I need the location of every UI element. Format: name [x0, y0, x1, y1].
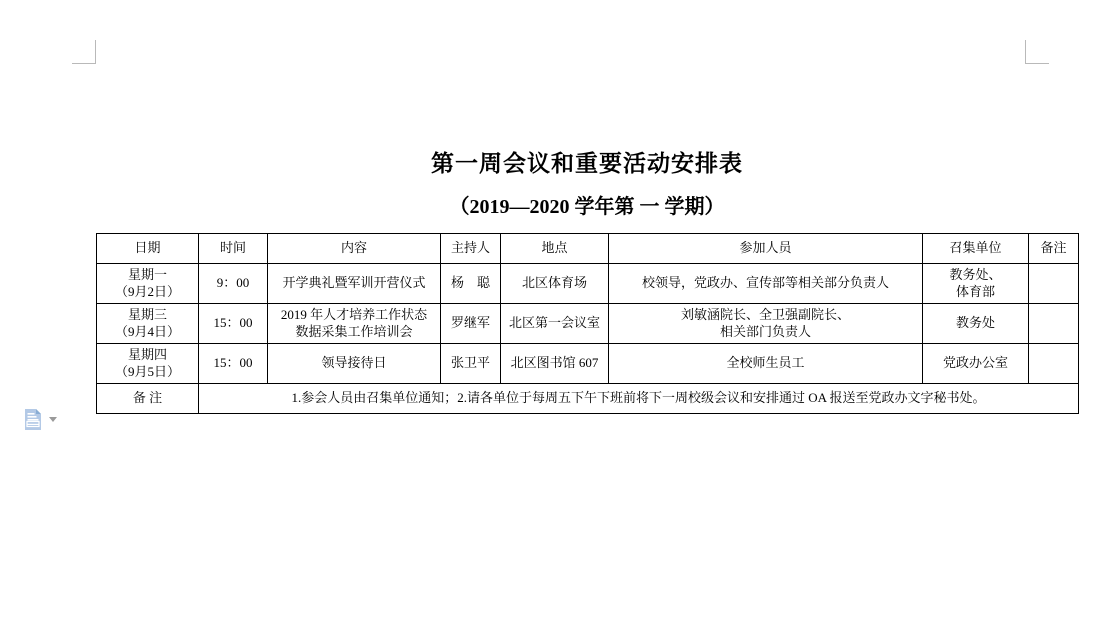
header-content: 内容 [268, 234, 441, 264]
header-organizer: 召集单位 [923, 234, 1029, 264]
cell-time: 15：00 [199, 344, 268, 384]
table-row: 星期三 （9月4日） 15：00 2019 年人才培养工作状态 数据采集工作培训… [97, 304, 1079, 344]
cell-location: 北区体育场 [501, 264, 609, 304]
cell-host: 罗继军 [441, 304, 501, 344]
word-document-page: { "page": { "title": "第一周会议和重要活动安排表", "s… [0, 0, 1119, 632]
header-participants: 参加人员 [609, 234, 923, 264]
paste-options-button[interactable] [24, 408, 60, 434]
page-subtitle: （2019—2020 学年第 一 学期） [96, 194, 1078, 220]
header-date: 日期 [97, 234, 199, 264]
cell-time: 9：00 [199, 264, 268, 304]
document-content: 第一周会议和重要活动安排表 （2019—2020 学年第 一 学期） 日期 时间… [96, 0, 1078, 414]
cell-time: 15：00 [199, 304, 268, 344]
header-remark: 备注 [1029, 234, 1079, 264]
cell-organizer: 教务处 [923, 304, 1029, 344]
table-header-row: 日期 时间 内容 主持人 地点 参加人员 召集单位 备注 [97, 234, 1079, 264]
cell-location: 北区第一会议室 [501, 304, 609, 344]
cell-participants: 校领导，党政办、宣传部等相关部分负责人 [609, 264, 923, 304]
cell-host: 张卫平 [441, 344, 501, 384]
cell-organizer: 教务处、 体育部 [923, 264, 1029, 304]
cell-date: 星期四 （9月5日） [97, 344, 199, 384]
header-time: 时间 [199, 234, 268, 264]
document-icon [24, 408, 43, 436]
cell-content: 领导接待日 [268, 344, 441, 384]
table-row: 星期一 （9月2日） 9：00 开学典礼暨军训开营仪式 杨 聪 北区体育场 校领… [97, 264, 1079, 304]
footer-label: 备 注 [97, 384, 199, 414]
cell-date: 星期一 （9月2日） [97, 264, 199, 304]
cell-content: 开学典礼暨军训开营仪式 [268, 264, 441, 304]
cell-participants: 刘敏涵院长、全卫强副院长、 相关部门负责人 [609, 304, 923, 344]
cell-organizer: 党政办公室 [923, 344, 1029, 384]
table-row: 星期四 （9月5日） 15：00 领导接待日 张卫平 北区图书馆 607 全校师… [97, 344, 1079, 384]
chevron-down-icon [49, 417, 57, 422]
footer-note: 1.参会人员由召集单位通知；2.请各单位于每周五下午下班前将下一周校级会议和安排… [199, 384, 1079, 414]
cell-content: 2019 年人才培养工作状态 数据采集工作培训会 [268, 304, 441, 344]
cell-remark [1029, 344, 1079, 384]
weekly-schedule-table: 日期 时间 内容 主持人 地点 参加人员 召集单位 备注 星期一 （9月2日） … [96, 233, 1079, 414]
cell-remark [1029, 304, 1079, 344]
table-footer-row: 备 注 1.参会人员由召集单位通知；2.请各单位于每周五下午下班前将下一周校级会… [97, 384, 1079, 414]
cell-host: 杨 聪 [441, 264, 501, 304]
cell-participants: 全校师生员工 [609, 344, 923, 384]
cell-remark [1029, 264, 1079, 304]
header-host: 主持人 [441, 234, 501, 264]
page-title: 第一周会议和重要活动安排表 [96, 150, 1078, 178]
cell-date: 星期三 （9月4日） [97, 304, 199, 344]
cell-location: 北区图书馆 607 [501, 344, 609, 384]
text-boundary-mark-top-left [72, 40, 96, 64]
header-location: 地点 [501, 234, 609, 264]
